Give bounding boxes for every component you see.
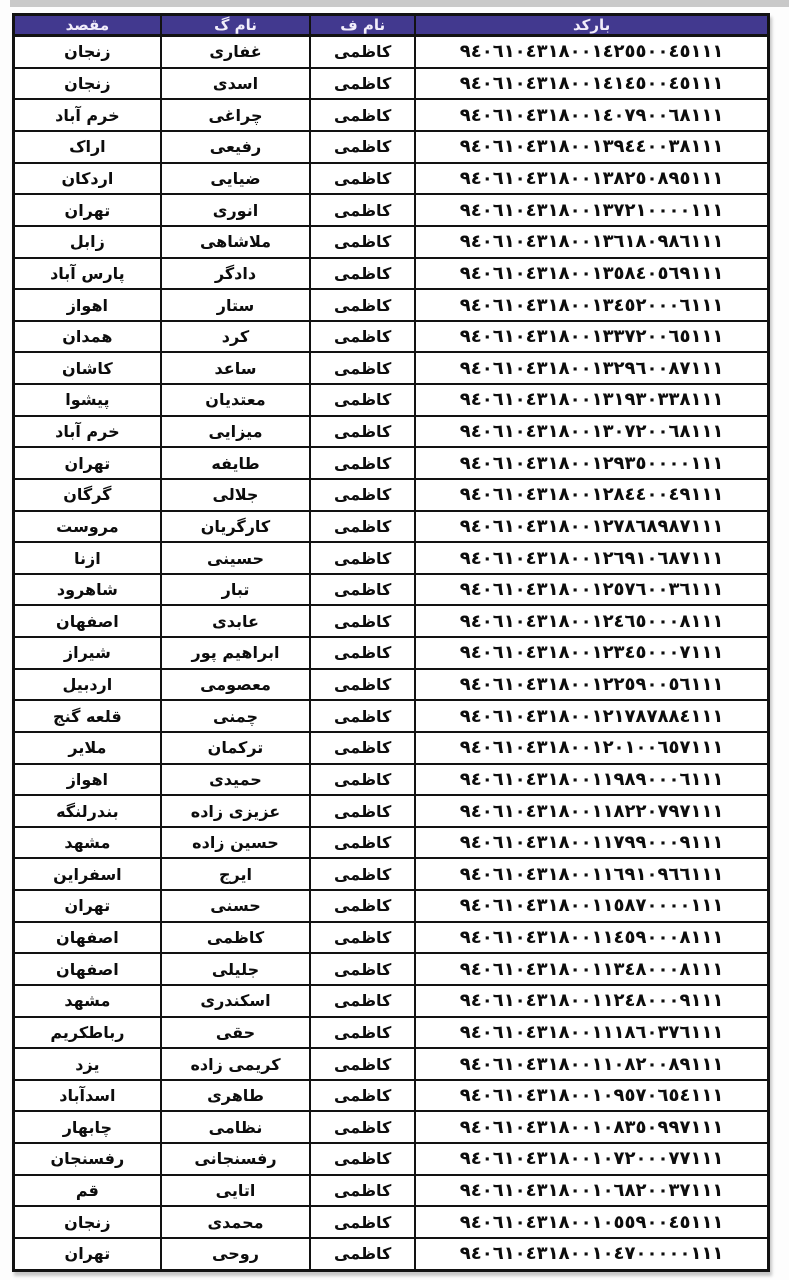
cell-destination: گرگان [14,479,161,511]
table-row: ٩٤٠٦١٠٤٣١٨٠٠١٢٨٤٤٠٠٤٩١١١کاظمیجلالیگرگان [14,479,769,511]
table-row: ٩٤٠٦١٠٤٣١٨٠٠١٠٥٥٩٠٠٤٥١١١کاظمیمحمدیزنجان [14,1206,769,1238]
cell-first-name: کاظمی [310,416,415,448]
cell-first-name: کاظمی [310,163,415,195]
table-row: ٩٤٠٦١٠٤٣١٨٠٠١١٨٢٢٠٧٩٧١١١کاظمیعزیزی زادهب… [14,795,769,827]
cell-destination: رباطکریم [14,1017,161,1049]
table-row: ٩٤٠٦١٠٤٣١٨٠٠١٣٠٧٢٠٠٦٨١١١کاظمیمیزاییخرم آ… [14,416,769,448]
cell-first-name: کاظمی [310,574,415,606]
cell-last-name: کاظمی [161,922,310,954]
cell-first-name: کاظمی [310,637,415,669]
cell-last-name: جلیلی [161,953,310,985]
cell-last-name: ستار [161,289,310,321]
cell-last-name: طاهری [161,1080,310,1112]
cell-destination: قلعه گنج [14,700,161,732]
cell-last-name: میزایی [161,416,310,448]
table-row: ٩٤٠٦١٠٤٣١٨٠٠١٢٤٦٥٠٠٠٨١١١کاظمیعابدیاصفهان [14,605,769,637]
cell-last-name: ملاشاهی [161,226,310,258]
cell-barcode: ٩٤٠٦١٠٤٣١٨٠٠١٣٩٤٤٠٠٣٨١١١ [415,131,768,163]
cell-barcode: ٩٤٠٦١٠٤٣١٨٠٠١٣٠٧٢٠٠٦٨١١١ [415,416,768,448]
cell-last-name: کریمی زاده [161,1048,310,1080]
cell-first-name: کاظمی [310,795,415,827]
cell-barcode: ٩٤٠٦١٠٤٣١٨٠٠١٠٤٧٠٠٠٠٠١١١ [415,1238,768,1271]
column-header-barcode: بارکد [415,15,768,36]
cell-barcode: ٩٤٠٦١٠٤٣١٨٠٠١٣٥٨٤٠٥٦٩١١١ [415,258,768,290]
cell-destination: اصفهان [14,605,161,637]
cell-barcode: ٩٤٠٦١٠٤٣١٨٠٠١٠٥٥٩٠٠٤٥١١١ [415,1206,768,1238]
cell-destination: ازنا [14,542,161,574]
table-row: ٩٤٠٦١٠٤٣١٨٠٠١٠٧٢٠٠٠٧٧١١١کاظمیرفسنجانیرفس… [14,1143,769,1175]
table-row: ٩٤٠٦١٠٤٣١٨٠٠١٣٦١٨٠٩٨٦١١١کاظمیملاشاهیزابل [14,226,769,258]
cell-destination: خرم آباد [14,416,161,448]
cell-last-name: کارگریان [161,511,310,543]
cell-destination: مشهد [14,827,161,859]
cell-destination: پارس آباد [14,258,161,290]
cell-first-name: کاظمی [310,1143,415,1175]
table-row: ٩٤٠٦١٠٤٣١٨٠٠١١٢٤٨٠٠٠٩١١١کاظمیاسکندریمشهد [14,985,769,1017]
cell-barcode: ٩٤٠٦١٠٤٣١٨٠٠١٢٦٩١٠٦٨٧١١١ [415,542,768,574]
cell-last-name: رفسنجانی [161,1143,310,1175]
table-row: ٩٤٠٦١٠٤٣١٨٠٠١١٣٤٨٠٠٠٨١١١کاظمیجلیلیاصفهان [14,953,769,985]
table-row: ٩٤٠٦١٠٤٣١٨٠٠١٠٨٣٥٠٩٩٧١١١کاظمینظامیچابهار [14,1111,769,1143]
cell-destination: شاهرود [14,574,161,606]
cell-barcode: ٩٤٠٦١٠٤٣١٨٠٠١١٠٨٢٠٠٨٩١١١ [415,1048,768,1080]
table-row: ٩٤٠٦١٠٤٣١٨٠٠١١٦٩١٠٩٦٦١١١کاظمیایرجاسفراین [14,858,769,890]
cell-barcode: ٩٤٠٦١٠٤٣١٨٠٠١٣٤٥٢٠٠٠٦١١١ [415,289,768,321]
cell-destination: اصفهان [14,953,161,985]
cell-destination: تهران [14,194,161,226]
cell-last-name: روحی [161,1238,310,1271]
cell-last-name: رفیعی [161,131,310,163]
table-row: ٩٤٠٦١٠٤٣١٨٠٠١٢١٧٨٧٨٨٤١١١کاظمیچمنیقلعه گن… [14,700,769,732]
table-row: ٩٤٠٦١٠٤٣١٨٠٠١١٠٨٢٠٠٨٩١١١کاظمیکریمی زادهی… [14,1048,769,1080]
cell-barcode: ٩٤٠٦١٠٤٣١٨٠٠١١١٨٦٠٣٧٦١١١ [415,1017,768,1049]
cell-barcode: ٩٤٠٦١٠٤٣١٨٠٠١١٤٥٩٠٠٠٨١١١ [415,922,768,954]
table-row: ٩٤٠٦١٠٤٣١٨٠٠١٢٩٣٥٠٠٠٠١١١کاظمیطایفهتهران [14,447,769,479]
cell-first-name: کاظمی [310,764,415,796]
scan-artifact-strip [10,0,789,7]
table-row: ٩٤٠٦١٠٤٣١٨٠٠١٣٧٢١٠٠٠٠١١١کاظمیانوریتهران [14,194,769,226]
cell-destination: شیراز [14,637,161,669]
table-row: ٩٤٠٦١٠٤٣١٨٠٠١١٩٨٩٠٠٠٦١١١کاظمیحمیدیاهواز [14,764,769,796]
cell-first-name: کاظمی [310,890,415,922]
cell-last-name: غفاری [161,36,310,68]
cell-first-name: کاظمی [310,226,415,258]
cell-barcode: ٩٤٠٦١٠٤٣١٨٠٠١٢٨٤٤٠٠٤٩١١١ [415,479,768,511]
cell-first-name: کاظمی [310,1017,415,1049]
cell-last-name: ضیایی [161,163,310,195]
table-row: ٩٤٠٦١٠٤٣١٨٠٠١١٧٩٩٠٠٠٩١١١کاظمیحسین زادهمش… [14,827,769,859]
column-header-last-name: نام گ [161,15,310,36]
cell-destination: اهواز [14,764,161,796]
cell-first-name: کاظمی [310,732,415,764]
cell-first-name: کاظمی [310,352,415,384]
cell-barcode: ٩٤٠٦١٠٤٣١٨٠٠١٠٧٢٠٠٠٧٧١١١ [415,1143,768,1175]
cell-barcode: ٩٤٠٦١٠٤٣١٨٠٠١٣٦١٨٠٩٨٦١١١ [415,226,768,258]
table-row: ٩٤٠٦١٠٤٣١٨٠٠١٢٦٩١٠٦٨٧١١١کاظمیحسینیازنا [14,542,769,574]
cell-last-name: اسکندری [161,985,310,1017]
cell-last-name: دادگر [161,258,310,290]
table-row: ٩٤٠٦١٠٤٣١٨٠٠١٤٠٧٩٠٠٦٨١١١کاظمیچراغیخرم آب… [14,99,769,131]
table-row: ٩٤٠٦١٠٤٣١٨٠٠١٠٤٧٠٠٠٠٠١١١کاظمیروحیتهران [14,1238,769,1271]
cell-first-name: کاظمی [310,321,415,353]
cell-first-name: کاظمی [310,131,415,163]
cell-first-name: کاظمی [310,68,415,100]
cell-first-name: کاظمی [310,479,415,511]
cell-destination: اردبیل [14,669,161,701]
table-header-row: بارکد نام ف نام گ مقصد [14,15,769,36]
table-row: ٩٤٠٦١٠٤٣١٨٠٠١٣٩٤٤٠٠٣٨١١١کاظمیرفیعیاراک [14,131,769,163]
cell-last-name: اتایی [161,1175,310,1207]
cell-last-name: چراغی [161,99,310,131]
cell-destination: زنجان [14,1206,161,1238]
table-row: ٩٤٠٦١٠٤٣١٨٠٠١٠٩٥٧٠٦٥٤١١١کاظمیطاهریاسدآبا… [14,1080,769,1112]
cell-barcode: ٩٤٠٦١٠٤٣١٨٠٠١٢٢٥٩٠٠٥٦١١١ [415,669,768,701]
cell-first-name: کاظمی [310,922,415,954]
table-row: ٩٤٠٦١٠٤٣١٨٠٠١٤١٤٥٠٠٤٥١١١کاظمیاسدیزنجان [14,68,769,100]
table-row: ٩٤٠٦١٠٤٣١٨٠٠١٢٣٤٥٠٠٠٧١١١کاظمیابراهیم پور… [14,637,769,669]
cell-first-name: کاظمی [310,669,415,701]
cell-destination: بندرلنگه [14,795,161,827]
cell-barcode: ٩٤٠٦١٠٤٣١٨٠٠١٢٩٣٥٠٠٠٠١١١ [415,447,768,479]
cell-first-name: کاظمی [310,258,415,290]
cell-last-name: اسدی [161,68,310,100]
cell-destination: زنجان [14,36,161,68]
cell-destination: زابل [14,226,161,258]
cell-last-name: عابدی [161,605,310,637]
cell-destination: اسفراین [14,858,161,890]
cell-first-name: کاظمی [310,605,415,637]
table-row: ٩٤٠٦١٠٤٣١٨٠٠١٣٣٧٢٠٠٦٥١١١کاظمیکردهمدان [14,321,769,353]
cell-destination: رفسنجان [14,1143,161,1175]
cell-barcode: ٩٤٠٦١٠٤٣١٨٠٠١٢٤٦٥٠٠٠٨١١١ [415,605,768,637]
cell-destination: مشهد [14,985,161,1017]
table-row: ٩٤٠٦١٠٤٣١٨٠٠١٢٢٥٩٠٠٥٦١١١کاظمیمعصومیاردبی… [14,669,769,701]
cell-first-name: کاظمی [310,827,415,859]
cell-last-name: ترکمان [161,732,310,764]
cell-barcode: ٩٤٠٦١٠٤٣١٨٠٠١٢١٧٨٧٨٨٤١١١ [415,700,768,732]
cell-barcode: ٩٤٠٦١٠٤٣١٨٠٠١١٨٢٢٠٧٩٧١١١ [415,795,768,827]
cell-first-name: کاظمی [310,953,415,985]
cell-destination: زنجان [14,68,161,100]
cell-last-name: معتدیان [161,384,310,416]
cell-last-name: محمدی [161,1206,310,1238]
cell-barcode: ٩٤٠٦١٠٤٣١٨٠٠١١٦٩١٠٩٦٦١١١ [415,858,768,890]
cell-destination: همدان [14,321,161,353]
cell-first-name: کاظمی [310,447,415,479]
table-row: ٩٤٠٦١٠٤٣١٨٠٠١٣٤٥٢٠٠٠٦١١١کاظمیستاراهواز [14,289,769,321]
cell-barcode: ٩٤٠٦١٠٤٣١٨٠٠١٢٣٤٥٠٠٠٧١١١ [415,637,768,669]
cell-first-name: کاظمی [310,542,415,574]
cell-barcode: ٩٤٠٦١٠٤٣١٨٠٠١٠٩٥٧٠٦٥٤١١١ [415,1080,768,1112]
cell-destination: کاشان [14,352,161,384]
cell-barcode: ٩٤٠٦١٠٤٣١٨٠٠١٣٢٩٦٠٠٨٧١١١ [415,352,768,384]
cell-barcode: ٩٤٠٦١٠٤٣١٨٠٠١٣٧٢١٠٠٠٠١١١ [415,194,768,226]
cell-last-name: حقی [161,1017,310,1049]
cell-barcode: ٩٤٠٦١٠٤٣١٨٠٠١٣٣٧٢٠٠٦٥١١١ [415,321,768,353]
cell-first-name: کاظمی [310,1048,415,1080]
table-row: ٩٤٠٦١٠٤٣١٨٠٠١٢٠١٠٠٦٥٧١١١کاظمیترکمانملایر [14,732,769,764]
cell-barcode: ٩٤٠٦١٠٤٣١٨٠٠١١٩٨٩٠٠٠٦١١١ [415,764,768,796]
cell-last-name: حسنی [161,890,310,922]
cell-last-name: حمیدی [161,764,310,796]
cell-last-name: حسین زاده [161,827,310,859]
table-row: ٩٤٠٦١٠٤٣١٨٠٠١١٥٨٧٠٠٠٠١١١کاظمیحسنیتهران [14,890,769,922]
cell-barcode: ٩٤٠٦١٠٤٣١٨٠٠١٢٧٨٦٨٩٨٧١١١ [415,511,768,543]
cell-destination: قم [14,1175,161,1207]
cell-first-name: کاظمی [310,1206,415,1238]
cell-first-name: کاظمی [310,384,415,416]
cell-first-name: کاظمی [310,1080,415,1112]
cell-destination: اهواز [14,289,161,321]
cell-barcode: ٩٤٠٦١٠٤٣١٨٠٠١٢٠١٠٠٦٥٧١١١ [415,732,768,764]
table-row: ٩٤٠٦١٠٤٣١٨٠٠١١٤٥٩٠٠٠٨١١١کاظمیکاظمیاصفهان [14,922,769,954]
cell-last-name: نظامی [161,1111,310,1143]
cell-barcode: ٩٤٠٦١٠٤٣١٨٠٠١٣١٩٣٠٣٣٨١١١ [415,384,768,416]
cell-destination: اسدآباد [14,1080,161,1112]
cell-destination: تهران [14,1238,161,1271]
cell-destination: پیشوا [14,384,161,416]
cell-first-name: کاظمی [310,194,415,226]
cell-first-name: کاظمی [310,289,415,321]
cell-last-name: طایفه [161,447,310,479]
cell-last-name: ایرج [161,858,310,890]
cell-barcode: ٩٤٠٦١٠٤٣١٨٠٠١١٧٩٩٠٠٠٩١١١ [415,827,768,859]
cell-barcode: ٩٤٠٦١٠٤٣١٨٠٠١٤٠٧٩٠٠٦٨١١١ [415,99,768,131]
scanned-page: بارکد نام ف نام گ مقصد ٩٤٠٦١٠٤٣١٨٠٠١٤٢٥٥… [0,0,789,1280]
cell-first-name: کاظمی [310,1238,415,1271]
cell-last-name: جلالی [161,479,310,511]
cell-last-name: عزیزی زاده [161,795,310,827]
cell-destination: تهران [14,890,161,922]
cell-barcode: ٩٤٠٦١٠٤٣١٨٠٠١٢٥٧٦٠٠٣٦١١١ [415,574,768,606]
table-row: ٩٤٠٦١٠٤٣١٨٠٠١٢٥٧٦٠٠٣٦١١١کاظمیتبارشاهرود [14,574,769,606]
cell-barcode: ٩٤٠٦١٠٤٣١٨٠٠١١٢٤٨٠٠٠٩١١١ [415,985,768,1017]
cell-destination: اردکان [14,163,161,195]
cell-last-name: انوری [161,194,310,226]
cell-first-name: کاظمی [310,99,415,131]
cell-barcode: ٩٤٠٦١٠٤٣١٨٠٠١٠٦٨٢٠٠٣٧١١١ [415,1175,768,1207]
column-header-destination: مقصد [14,15,161,36]
cell-first-name: کاظمی [310,36,415,68]
cell-first-name: کاظمی [310,700,415,732]
cell-last-name: معصومی [161,669,310,701]
table-row: ٩٤٠٦١٠٤٣١٨٠٠١٠٦٨٢٠٠٣٧١١١کاظمیاتاییقم [14,1175,769,1207]
cell-last-name: حسینی [161,542,310,574]
cell-destination: مروست [14,511,161,543]
table-row: ٩٤٠٦١٠٤٣١٨٠٠١٣٢٩٦٠٠٨٧١١١کاظمیساعدکاشان [14,352,769,384]
shipment-barcode-table: بارکد نام ف نام گ مقصد ٩٤٠٦١٠٤٣١٨٠٠١٤٢٥٥… [12,13,770,1272]
cell-last-name: چمنی [161,700,310,732]
cell-destination: یزد [14,1048,161,1080]
cell-last-name: کرد [161,321,310,353]
column-header-first-name: نام ف [310,15,415,36]
cell-last-name: تبار [161,574,310,606]
cell-barcode: ٩٤٠٦١٠٤٣١٨٠٠١٠٨٣٥٠٩٩٧١١١ [415,1111,768,1143]
cell-first-name: کاظمی [310,858,415,890]
cell-destination: تهران [14,447,161,479]
cell-last-name: ساعد [161,352,310,384]
cell-last-name: ابراهیم پور [161,637,310,669]
cell-destination: خرم آباد [14,99,161,131]
cell-first-name: کاظمی [310,511,415,543]
shipment-table-container: بارکد نام ف نام گ مقصد ٩٤٠٦١٠٤٣١٨٠٠١٤٢٥٥… [12,13,770,1272]
table-row: ٩٤٠٦١٠٤٣١٨٠٠١٣٨٢٥٠٨٩٥١١١کاظمیضیاییاردکان [14,163,769,195]
table-row: ٩٤٠٦١٠٤٣١٨٠٠١١١٨٦٠٣٧٦١١١کاظمیحقیرباطکریم [14,1017,769,1049]
cell-barcode: ٩٤٠٦١٠٤٣١٨٠٠١٤١٤٥٠٠٤٥١١١ [415,68,768,100]
table-row: ٩٤٠٦١٠٤٣١٨٠٠١٣٥٨٤٠٥٦٩١١١کاظمیدادگرپارس آ… [14,258,769,290]
table-body: ٩٤٠٦١٠٤٣١٨٠٠١٤٢٥٥٠٠٤٥١١١کاظمیغفاریزنجان٩… [14,36,769,1271]
cell-barcode: ٩٤٠٦١٠٤٣١٨٠٠١٣٨٢٥٠٨٩٥١١١ [415,163,768,195]
cell-barcode: ٩٤٠٦١٠٤٣١٨٠٠١١٥٨٧٠٠٠٠١١١ [415,890,768,922]
cell-first-name: کاظمی [310,1111,415,1143]
cell-destination: اراک [14,131,161,163]
cell-barcode: ٩٤٠٦١٠٤٣١٨٠٠١١٣٤٨٠٠٠٨١١١ [415,953,768,985]
table-row: ٩٤٠٦١٠٤٣١٨٠٠١٢٧٨٦٨٩٨٧١١١کاظمیکارگریانمرو… [14,511,769,543]
cell-destination: اصفهان [14,922,161,954]
table-row: ٩٤٠٦١٠٤٣١٨٠٠١٤٢٥٥٠٠٤٥١١١کاظمیغفاریزنجان [14,36,769,68]
cell-destination: ملایر [14,732,161,764]
cell-destination: چابهار [14,1111,161,1143]
cell-first-name: کاظمی [310,985,415,1017]
cell-barcode: ٩٤٠٦١٠٤٣١٨٠٠١٤٢٥٥٠٠٤٥١١١ [415,36,768,68]
cell-first-name: کاظمی [310,1175,415,1207]
table-row: ٩٤٠٦١٠٤٣١٨٠٠١٣١٩٣٠٣٣٨١١١کاظمیمعتدیانپیشو… [14,384,769,416]
